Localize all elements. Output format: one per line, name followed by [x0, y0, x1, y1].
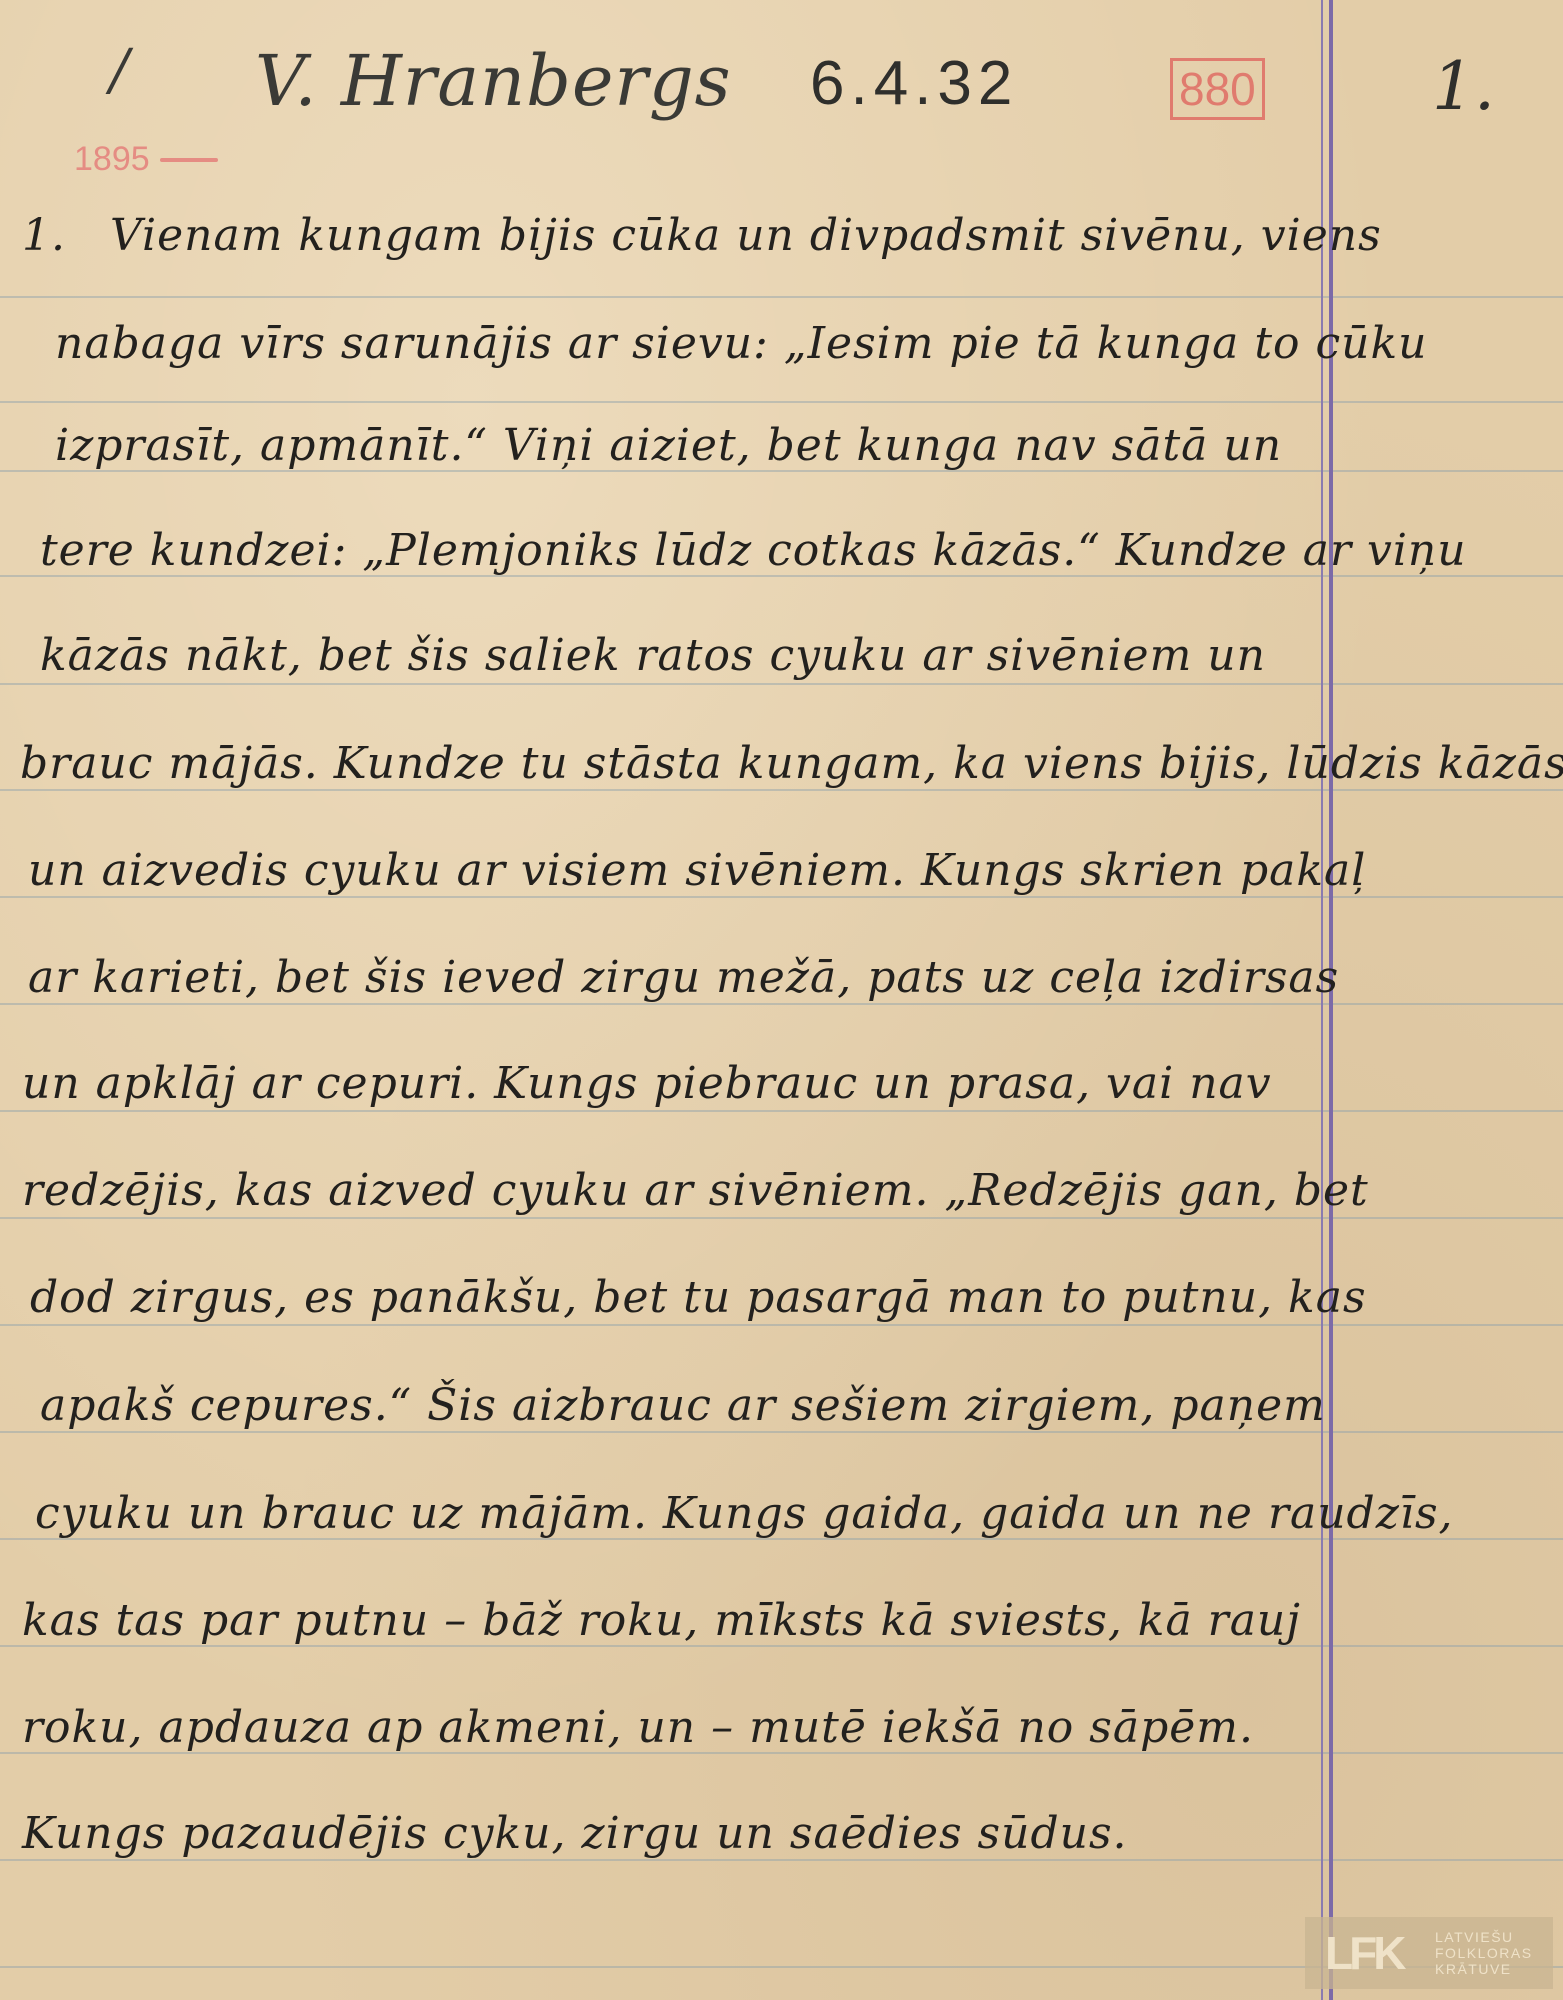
archive-logo: LFK LATVIEŠU FOLKLORAS KRĀTUVE	[1305, 1917, 1553, 1989]
text-line-9: un apklāj ar cepuri. Kungs piebrauc un p…	[22, 1058, 1272, 1109]
text-line-11: dod zirgus, es panākšu, bet tu pasargā m…	[30, 1272, 1367, 1323]
date: 6.4.32	[810, 48, 1018, 119]
text-line-16: Kungs pazaudējis cyku, zirgu un saēdies …	[22, 1808, 1128, 1859]
text-line-7: un aizvedis cyuku ar visiem sivēniem. Ku…	[28, 845, 1366, 896]
text-line-4: tere kundzei: „Plemjoniks lūdz cotkas kā…	[40, 525, 1467, 576]
text-line-3: izprasīt, apmānīt.“ Viņi aiziet, bet kun…	[55, 420, 1282, 471]
text-line-15: roku, apdauza ap akmeni, un – mutē iekšā…	[22, 1702, 1254, 1753]
page-number: 1.	[1432, 48, 1495, 125]
collector-signature: V. Hranbergs	[255, 40, 732, 122]
text-line-2: nabaga vīrs sarunājis ar sievu: „Iesim p…	[55, 318, 1427, 369]
logo-text: LATVIEŠU FOLKLORAS KRĀTUVE	[1435, 1929, 1533, 1977]
text-line-14: kas tas par putnu – bāž roku, mīksts kā …	[22, 1595, 1301, 1646]
text-line-10: redzējis, kas aizved cyuku ar sivēniem. …	[22, 1165, 1369, 1216]
manuscript-page: / V. Hranbergs 6.4.32 880 1. 1895 1. Vie…	[0, 0, 1563, 2000]
header-mark: /	[110, 38, 129, 103]
lfk-logo-icon: LFK	[1305, 1926, 1435, 1980]
archive-number-stamp: 880	[1170, 58, 1265, 120]
item-number: 1.	[22, 210, 66, 261]
text-line-6: brauc mājās. Kundze tu stāsta kungam, ka…	[20, 738, 1563, 789]
red-dash	[160, 158, 218, 162]
text-line-5: kāzās nākt, bet šis saliek ratos cyuku a…	[40, 630, 1266, 681]
text-line-12: apakš cepures.“ Šis aizbrauc ar sešiem z…	[40, 1380, 1326, 1431]
text-line-8: ar karieti, bet šis ieved zirgu mežā, pa…	[28, 952, 1339, 1003]
text-line-13: cyuku un brauc uz mājām. Kungs gaida, ga…	[35, 1488, 1454, 1539]
red-catalog-number: 1895	[74, 140, 150, 179]
text-line-1: Vienam kungam bijis cūka un divpadsmit s…	[110, 210, 1382, 261]
